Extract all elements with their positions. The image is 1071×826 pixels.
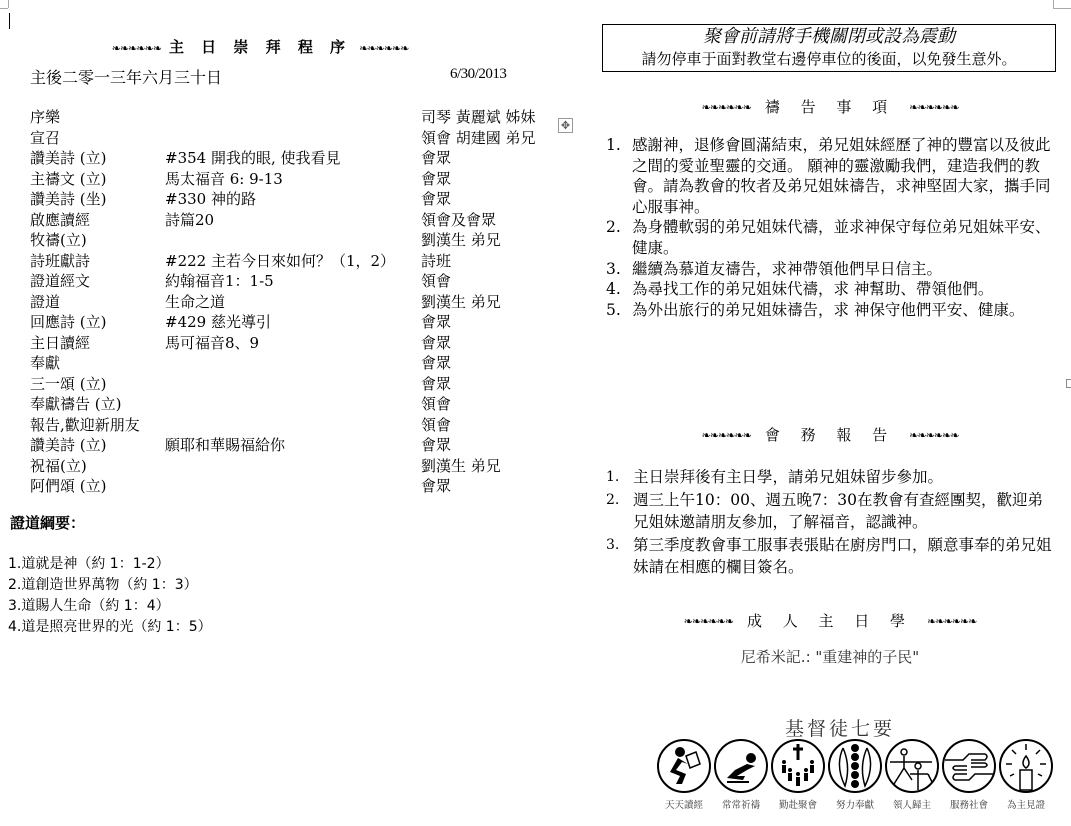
essential-item: 領人歸主 [883, 738, 941, 811]
service-item: 報告,歡迎新朋友 [30, 415, 140, 435]
table-move-handle-icon[interactable]: ✥ [558, 118, 573, 133]
service-leader: 司琴 黃麗斌 姊妹 [421, 107, 536, 127]
table-row: 主禱文 (立)馬太福音 6: 9-13會眾 [30, 169, 550, 190]
service-item: 牧禱(立) [30, 230, 87, 250]
date: 6/30/2013 [450, 66, 506, 83]
gathering-cross-icon [770, 738, 826, 794]
service-item: 證道經文 [30, 271, 90, 291]
service-content: #330 神的路 [165, 189, 256, 209]
table-row: 讚美詩 (立)願耶和華賜福給你會眾 [30, 435, 550, 456]
reading-bible-icon [656, 738, 712, 794]
service-content: 約翰福音1：1-5 [165, 271, 274, 291]
service-content: 願耶和華賜福給你 [165, 435, 285, 455]
ornament-icon: ❧❧❧❧❧❧ [684, 615, 733, 628]
list-item: 3.第三季度教會事工服事表張貼在廚房門口，願意事奉的弟兄姐妹請在相應的欄目簽名。 [606, 534, 1056, 579]
service-item: 主日讀經 [30, 333, 90, 353]
date-chinese: 主後二零一三年六月三十日 [30, 65, 222, 88]
service-item: 奉獻 [30, 353, 60, 373]
list-item: 3.繼續為慕道友禱告，求神帶領他們早日信主。 [606, 259, 1061, 280]
ornament-icon: ❧❧❧❧❧❧ [359, 42, 408, 55]
list-item: 4.道是照亮世界的光（約 1：5） [8, 617, 212, 638]
list-item: 2.週三上午10：00、週五晚7：30在教會有查經團契，歡迎弟兄姐妹邀請朋友參加… [606, 489, 1056, 534]
table-row: 阿們頌 (立)會眾 [30, 476, 550, 497]
text-cursor [9, 13, 10, 29]
notice-box: 聚會前請將手機關閉或設為震動 請勿停車于面對教堂右邊停車位的後面，以免發生意外。 [602, 24, 1056, 72]
table-row: 讚美詩 (坐)#330 神的路會眾 [30, 189, 550, 210]
essential-item: 勤赴聚會 [769, 738, 827, 811]
service-item: 證道 [30, 292, 60, 312]
list-item: 3.道賜人生命（約 1：4） [8, 596, 212, 617]
affairs-title: 會 務 報 告 [765, 426, 895, 444]
crop-mark-top-right [1053, 8, 1071, 9]
ornament-icon: ❧❧❧❧❧❧ [112, 42, 161, 55]
table-row: 啟應讀經詩篇20領會及會眾 [30, 210, 550, 231]
candle-witness-icon [998, 738, 1054, 794]
service-leader: 會眾 [421, 374, 451, 394]
order-of-service-table: 序樂司琴 黃麗斌 姊妹 宣召領會 胡建國 弟兄 讚美詩 (立)#354 開我的眼… [30, 107, 550, 497]
list-item: 1.主日崇拜後有主日學，請弟兄姐妹留步參加。 [606, 466, 1056, 489]
service-leader: 會眾 [421, 435, 451, 455]
sermon-outline-title: 證道綱要： [10, 512, 85, 533]
leading-people-icon [884, 738, 940, 794]
service-item: 詩班獻詩 [30, 251, 90, 271]
service-leader: 會眾 [421, 189, 451, 209]
order-of-service-title: 主 日 崇 拜 程 序 [169, 38, 351, 56]
service-leader: 會眾 [421, 476, 451, 496]
table-row: 宣召領會 胡建國 弟兄 [30, 128, 550, 149]
kneeling-prayer-icon [713, 738, 769, 794]
service-leader: 會眾 [421, 169, 451, 189]
table-row: 三一頌 (立)會眾 [30, 374, 550, 395]
table-row: 報告,歡迎新朋友領會 [30, 415, 550, 436]
service-leader: 劉漢生 弟兄 [421, 292, 501, 312]
seven-essentials: 天天讀經 常常祈禱 勤赴聚會 努力奉獻 領人歸主 服務社會 為主見證 [655, 738, 1055, 826]
service-leader: 領會 [421, 415, 451, 435]
service-leader: 領會 [421, 394, 451, 414]
essential-item: 努力奉獻 [826, 738, 884, 811]
service-content: 馬可福音8、9 [165, 333, 259, 353]
service-content: 馬太福音 6: 9-13 [165, 169, 283, 189]
service-leader: 詩班 [421, 251, 451, 271]
service-item: 讚美詩 (立) [30, 148, 106, 168]
phone-notice: 聚會前請將手機關閉或設為震動 [603, 25, 1055, 49]
sermon-outline-list: 1.道就是神（約 1：1-2） 2.道創造世界萬物（約 1：3） 3.道賜人生命… [8, 554, 212, 638]
service-leader: 劉漢生 弟兄 [421, 230, 501, 250]
table-row: 讚美詩 (立)#354 開我的眼, 使我看見會眾 [30, 148, 550, 169]
service-leader: 會眾 [421, 148, 451, 168]
service-leader: 會眾 [421, 353, 451, 373]
service-item: 阿們頌 (立) [30, 476, 106, 496]
prayer-list: 1.感謝神，退修會圓滿結束，弟兄姐妹經歷了神的豐富以及彼此之間的愛並聖靈的交通。… [606, 135, 1061, 320]
service-item: 宣召 [30, 128, 60, 148]
affairs-heading: ❧❧❧❧❧❧會 務 報 告❧❧❧❧❧❧ [640, 424, 1020, 445]
table-row: 證道生命之道劉漢生 弟兄 [30, 292, 550, 313]
service-item: 回應詩 (立) [30, 312, 106, 332]
seven-essentials-title: 基督徒七要 [750, 714, 930, 741]
ornament-icon: ❧❧❧❧❧❧ [909, 101, 958, 114]
service-item: 主禱文 (立) [30, 169, 106, 189]
sunday-school-title: 成 人 主 日 學 [747, 612, 913, 630]
service-content: #222 主若今日來如何？（1，2） [165, 251, 395, 271]
sunday-school-heading: ❧❧❧❧❧❧成 人 主 日 學❧❧❧❧❧❧ [640, 610, 1020, 631]
table-row: 序樂司琴 黃麗斌 姊妹 [30, 107, 550, 128]
table-row: 奉獻禱告 (立)領會 [30, 394, 550, 415]
service-content: #354 開我的眼, 使我看見 [165, 148, 341, 168]
sunday-school-topic: 尼希米記.: "重建神的子民" [640, 646, 1020, 667]
ornament-icon: ❧❧❧❧❧❧ [702, 429, 751, 442]
essential-item: 服務社會 [940, 738, 998, 811]
service-leader: 劉漢生 弟兄 [421, 456, 501, 476]
list-item: 4.為尋找工作的弟兄姐妹代禱，求 神幫助、帶領他們。 [606, 279, 1061, 300]
ornament-icon: ❧❧❧❧❧❧ [702, 101, 751, 114]
service-item: 祝福(立) [30, 456, 87, 476]
table-row: 回應詩 (立)#429 慈光導引會眾 [30, 312, 550, 333]
table-row: 主日讀經馬可福音8、9會眾 [30, 333, 550, 354]
crop-mark-top-left [8, 0, 9, 8]
order-of-service-heading: ❧❧❧❧❧❧主 日 崇 拜 程 序❧❧❧❧❧❧ [90, 36, 430, 57]
list-item: 1.道就是神（約 1：1-2） [8, 554, 212, 575]
ornament-icon: ❧❧❧❧❧❧ [909, 429, 958, 442]
serving-hands-icon [941, 738, 997, 794]
service-item: 讚美詩 (立) [30, 435, 106, 455]
parking-notice: 請勿停車于面對教堂右邊停車位的後面，以免發生意外。 [603, 49, 1055, 69]
service-leader: 領會 胡建國 弟兄 [421, 128, 536, 148]
prayer-heading: ❧❧❧❧❧❧禱 告 事 項❧❧❧❧❧❧ [640, 96, 1020, 117]
service-leader: 會眾 [421, 333, 451, 353]
service-content: 詩篇20 [165, 210, 214, 230]
list-item: 5. 為外出旅行的弟兄姐妹禱告，求 神保守他們平安、健康。 [606, 300, 1061, 321]
essential-item: 為主見證 [997, 738, 1055, 811]
list-item: 1.感謝神，退修會圓滿結束，弟兄姐妹經歷了神的豐富以及彼此之間的愛並聖靈的交通。… [606, 135, 1061, 217]
table-row: 牧禱(立)劉漢生 弟兄 [30, 230, 550, 251]
table-row: 奉獻會眾 [30, 353, 550, 374]
table-row: 祝福(立)劉漢生 弟兄 [30, 456, 550, 477]
service-leader: 領會 [421, 271, 451, 291]
service-content: 生命之道 [165, 292, 225, 312]
service-leader: 領會及會眾 [421, 210, 496, 230]
table-row: 詩班獻詩#222 主若今日來如何？（1，2）詩班 [30, 251, 550, 272]
service-item: 三一頌 (立) [30, 374, 106, 394]
list-item: 2.道創造世界萬物（約 1：3） [8, 575, 212, 596]
service-item: 啟應讀經 [30, 210, 90, 230]
list-item: 2.為身體軟弱的弟兄姐妹代禱，並求神保守每位弟兄姐妹平安、健康。 [606, 217, 1061, 258]
service-item: 奉獻禱告 (立) [30, 394, 121, 414]
affairs-list: 1.主日崇拜後有主日學，請弟兄姐妹留步參加。 2.週三上午10：00、週五晚7：… [606, 466, 1056, 579]
prayer-title: 禱 告 事 項 [765, 98, 895, 116]
table-row: 證道經文約翰福音1：1-5領會 [30, 271, 550, 292]
paragraph-mark [1066, 379, 1071, 388]
essential-item: 天天讀經 [655, 738, 713, 811]
service-content: #429 慈光導引 [165, 312, 271, 332]
crop-mark-top-left [0, 8, 8, 9]
ornament-icon: ❧❧❧❧❧❧ [927, 615, 976, 628]
fish-offering-icon [827, 738, 883, 794]
crop-mark-top-right [1053, 0, 1054, 8]
service-item: 序樂 [30, 107, 60, 127]
service-item: 讚美詩 (坐) [30, 189, 106, 209]
service-leader: 會眾 [421, 312, 451, 332]
essential-item: 常常祈禱 [712, 738, 770, 811]
